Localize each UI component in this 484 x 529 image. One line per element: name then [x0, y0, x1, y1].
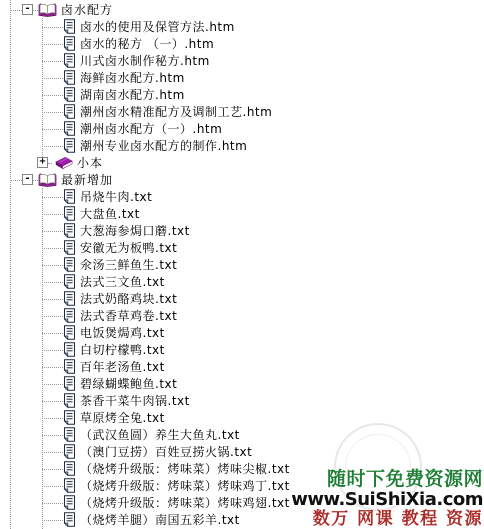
- document-icon: [63, 87, 76, 102]
- tree-node-label: 卤水配方: [61, 1, 113, 18]
- tree-connector: [42, 418, 63, 419]
- tree-node-label: 大盘鱼.txt: [80, 205, 140, 222]
- tree-connector: [42, 61, 63, 62]
- tree-node-category[interactable]: - 卤水配方: [0, 1, 484, 18]
- tree-node-file[interactable]: 卤水的秘方 （一）.htm: [0, 35, 484, 52]
- tree-connector: [42, 299, 63, 300]
- tree-connector: [42, 333, 63, 334]
- tree-node-file[interactable]: 百年老汤鱼.txt: [0, 358, 484, 375]
- tree-node-label: 法式三文鱼.txt: [80, 273, 165, 290]
- watermark-tagline: 数万 网课 教程 资源: [291, 509, 483, 529]
- tree-connector: [42, 282, 63, 283]
- tree-connector: [10, 10, 22, 11]
- tree-node-label: 安徽无为板鸭.txt: [80, 239, 177, 256]
- tree-node-label: 卤水的使用及保管方法.htm: [80, 18, 235, 35]
- tree-node-file[interactable]: （澳门豆捞）百姓豆捞火锅.txt: [0, 443, 484, 460]
- tree-node-file[interactable]: 大盘鱼.txt: [0, 205, 484, 222]
- document-icon: [63, 138, 76, 153]
- tree-connector: [42, 367, 63, 368]
- collapse-icon[interactable]: -: [22, 174, 33, 185]
- open-book-icon: [38, 172, 57, 187]
- document-icon: [63, 70, 76, 85]
- tree-connector: [42, 469, 63, 470]
- tree-node-label: 法式奶酪鸡块.txt: [80, 290, 177, 307]
- tree-node-label: 草原烤全兔.txt: [80, 409, 165, 426]
- tree-connector: [42, 503, 63, 504]
- document-icon: [63, 427, 76, 442]
- document-icon: [63, 291, 76, 306]
- tree-connector: [42, 146, 63, 147]
- document-icon: [63, 36, 76, 51]
- tree-connector: [42, 384, 63, 385]
- tree-node-file[interactable]: （武汉鱼圆）养生大鱼丸.txt: [0, 426, 484, 443]
- tree-node-file[interactable]: 茶香干菜牛肉锅.txt: [0, 392, 484, 409]
- closed-book-icon: [52, 156, 73, 170]
- document-icon: [63, 223, 76, 238]
- tree-node-file[interactable]: 草原烤全兔.txt: [0, 409, 484, 426]
- tree-node-file[interactable]: 法式香草鸡卷.txt: [0, 307, 484, 324]
- tree-node-category[interactable]: - 最新增加: [0, 171, 484, 188]
- tree-node-file[interactable]: 湖南卤水配方.htm: [0, 86, 484, 103]
- tree-connector: [42, 44, 63, 45]
- tree-node-label: 茶香干菜牛肉锅.txt: [80, 392, 190, 409]
- document-icon: [63, 19, 76, 34]
- watermark: 随时下免费资源网 www.SuiShiXia.com 数万 网课 教程 资源: [291, 468, 483, 529]
- document-icon: [63, 189, 76, 204]
- document-icon: [63, 121, 76, 136]
- tree-connector: [42, 95, 63, 96]
- open-book-icon: [38, 2, 57, 17]
- tree-node-label: 最新增加: [61, 171, 113, 188]
- document-icon: [63, 104, 76, 119]
- tree-node-label: （烧烤升级版：烤味菜）烤味尖椒.txt: [80, 460, 290, 477]
- document-icon: [63, 512, 76, 527]
- tree-connector: [42, 78, 63, 79]
- document-icon: [63, 495, 76, 510]
- tree-node-file[interactable]: 川式卤水制作秘方.htm: [0, 52, 484, 69]
- document-icon: [63, 359, 76, 374]
- document-icon: [63, 53, 76, 68]
- collapse-icon[interactable]: -: [22, 4, 33, 15]
- tree-node-file[interactable]: 卤水的使用及保管方法.htm: [0, 18, 484, 35]
- tree-connector: [42, 401, 63, 402]
- tree-connector: [42, 197, 63, 198]
- tree-node-file[interactable]: 法式奶酪鸡块.txt: [0, 290, 484, 307]
- tree-node-file[interactable]: 安徽无为板鸭.txt: [0, 239, 484, 256]
- tree-node-label: 大葱海参焗口蘑.txt: [80, 222, 190, 239]
- tree-connector: [42, 214, 63, 215]
- tree-node-file[interactable]: 大葱海参焗口蘑.txt: [0, 222, 484, 239]
- tree-connector: [42, 486, 63, 487]
- tree-node-file[interactable]: 法式三文鱼.txt: [0, 273, 484, 290]
- tree-connector: [42, 350, 63, 351]
- document-icon: [63, 342, 76, 357]
- tree-node-file[interactable]: 潮州专业卤水配方的制作.htm: [0, 137, 484, 154]
- tree-connector: [42, 435, 63, 436]
- tree-node-label: 潮州卤水精准配方及调制工艺.htm: [80, 103, 272, 120]
- document-icon: [63, 393, 76, 408]
- tree-connector: [42, 265, 63, 266]
- tree-node-file[interactable]: 潮州卤水配方（一）.htm: [0, 120, 484, 137]
- tree-node-label: 潮州卤水配方（一）.htm: [80, 120, 222, 137]
- tree-node-label: 碧绿蝴蝶鲍鱼.txt: [80, 375, 177, 392]
- document-icon: [63, 240, 76, 255]
- tree-node-label: （澳门豆捞）百姓豆捞火锅.txt: [80, 443, 252, 460]
- tree-node-label: 法式香草鸡卷.txt: [80, 307, 177, 324]
- file-tree: - 卤水配方 卤水的使用及保管方法.htm 卤水的秘方 （一）.htm 川式卤水…: [0, 0, 484, 529]
- tree-node-label: 氽汤三鲜鱼生.txt: [80, 256, 177, 273]
- document-icon: [63, 257, 76, 272]
- tree-node-label: 潮州专业卤水配方的制作.htm: [80, 137, 247, 154]
- document-icon: [63, 410, 76, 425]
- tree-connector: [42, 316, 63, 317]
- tree-node-label: 白切柠檬鸭.txt: [80, 341, 165, 358]
- tree-connector: [10, 180, 22, 181]
- tree-connector: [42, 129, 63, 130]
- tree-node-label: 川式卤水制作秘方.htm: [80, 52, 210, 69]
- tree-node-file[interactable]: 电饭煲焗鸡.txt: [0, 324, 484, 341]
- document-icon: [63, 444, 76, 459]
- tree-node-label: 吊烧牛肉.txt: [80, 188, 152, 205]
- document-icon: [63, 274, 76, 289]
- tree-connector: [42, 452, 63, 453]
- watermark-site-name: 随时下免费资源网: [291, 468, 483, 490]
- tree-node-label: 电饭煲焗鸡.txt: [80, 324, 165, 341]
- tree-node-label: 卤水的秘方 （一）.htm: [80, 35, 214, 52]
- tree-node-label: （烧烤升级版：烤味菜）烤味鸡翅.txt: [80, 494, 290, 511]
- tree-node-label: （烧烤羊腿）南国五彩羊.txt: [80, 511, 240, 528]
- document-icon: [63, 376, 76, 391]
- tree-connector: [42, 27, 63, 28]
- tree-node-file[interactable]: 潮州卤水精准配方及调制工艺.htm: [0, 103, 484, 120]
- tree-node-file[interactable]: 吊烧牛肉.txt: [0, 188, 484, 205]
- document-icon: [63, 206, 76, 221]
- tree-node-file[interactable]: 白切柠檬鸭.txt: [0, 341, 484, 358]
- tree-node-file[interactable]: 氽汤三鲜鱼生.txt: [0, 256, 484, 273]
- tree-connector: [42, 248, 63, 249]
- tree-node-label: （武汉鱼圆）养生大鱼丸.txt: [80, 426, 240, 443]
- tree-connector: [42, 520, 63, 521]
- document-icon: [63, 478, 76, 493]
- document-icon: [63, 308, 76, 323]
- tree-node-label: （烧烤升级版：烤味菜）烤味鸡丁.txt: [80, 477, 290, 494]
- tree-node-label: 小本: [77, 154, 103, 171]
- document-icon: [63, 325, 76, 340]
- tree-connector: [42, 112, 63, 113]
- tree-node-file[interactable]: 海鲜卤水配方.htm: [0, 69, 484, 86]
- tree-node-label: 湖南卤水配方.htm: [80, 86, 185, 103]
- watermark-site-url: www.SuiShiXia.com: [291, 490, 483, 509]
- expand-icon[interactable]: +: [37, 157, 48, 168]
- tree-node-label: 百年老汤鱼.txt: [80, 358, 165, 375]
- tree-node-label: 海鲜卤水配方.htm: [80, 69, 185, 86]
- document-icon: [63, 461, 76, 476]
- tree-node-file[interactable]: 碧绿蝴蝶鲍鱼.txt: [0, 375, 484, 392]
- tree-connector: [42, 231, 63, 232]
- tree-node-category[interactable]: + 小本: [0, 154, 484, 171]
